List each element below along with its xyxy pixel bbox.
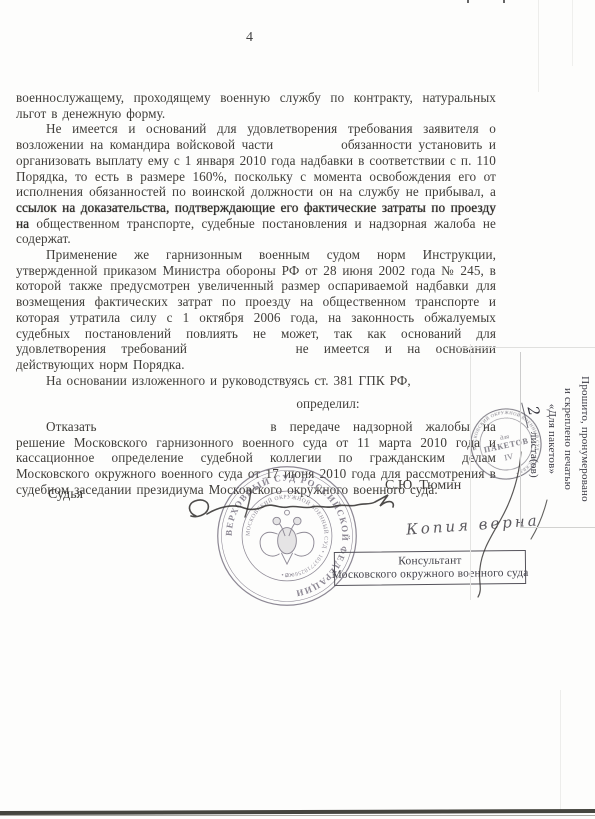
page-number: 4	[246, 30, 253, 46]
paragraph-text: военнослужащему, проходящему военную слу…	[16, 90, 496, 121]
binder-label-line1: Прошито, пронумеровано	[577, 353, 594, 525]
packet-stamp: МОСКОВСКИЙ ОКРУЖНОЙ ВОЕННЫЙ СУД • МОСКВА…	[461, 399, 551, 489]
scan-edge-bottom-soft	[0, 815, 595, 816]
redaction-gap-name	[110, 430, 258, 431]
paragraph-no-grounds: Не имеется и оснований для удовлетворени…	[16, 121, 496, 247]
eagle-emblem	[260, 510, 314, 564]
scan-artifact	[503, 0, 505, 3]
decision-text: военнослужащему, проходящему военную слу…	[16, 90, 496, 498]
judge-name: С.Ю. Тюмин	[385, 478, 461, 494]
fold-line-vertical	[572, 0, 573, 66]
seal-center-number: • 2 •	[281, 572, 292, 579]
fold-line-vertical	[560, 690, 561, 810]
binder-label-line3: «Для пакетов»	[544, 353, 561, 525]
redaction-gap-unit-number	[280, 148, 335, 149]
judge-label: Судья	[48, 487, 83, 503]
paragraph-text: На основании изложенного и руководствуяс…	[46, 373, 411, 388]
paragraph-text: Применение же гарнизонным военным судом …	[16, 247, 496, 356]
consultant-stamp-line2: Московского окружного военного суда	[332, 567, 529, 583]
consultant-stamp-line1: Консультант	[398, 554, 462, 568]
paragraph-instruction: Применение же гарнизонным военным судом …	[16, 247, 496, 373]
ruling-verb: Отказать	[46, 419, 97, 434]
scan-artifact	[467, 0, 469, 3]
redaction-gap-claimant	[202, 352, 280, 353]
paragraph-continuation: военнослужащему, проходящему военную слу…	[16, 90, 496, 121]
binder-label-line2: и скреплено печатью	[560, 353, 577, 525]
binder-label-paper-edge	[520, 352, 521, 527]
paragraph-legal-basis: На основании изложенного и руководствуяс…	[16, 373, 496, 389]
fold-line-horizontal	[455, 347, 595, 348]
court-seal: ВЕРХОВНЫЙ СУД РОССИЙСКОЙ ФЕДЕРАЦИИ МОСКО…	[214, 463, 360, 609]
court-decision-scan-page: 4 военнослужащему, проходящему военную с…	[0, 0, 595, 819]
fold-line-vertical	[470, 344, 471, 600]
binder-label-paper-edge	[520, 527, 595, 528]
paragraph-text: общественном транспорте, судебные постан…	[16, 216, 496, 247]
consultant-stamp-box: Консультант Московского окружного военно…	[334, 550, 526, 586]
packet-stamp-numeral: IV	[503, 451, 515, 463]
fold-line-vertical	[538, 0, 539, 92]
